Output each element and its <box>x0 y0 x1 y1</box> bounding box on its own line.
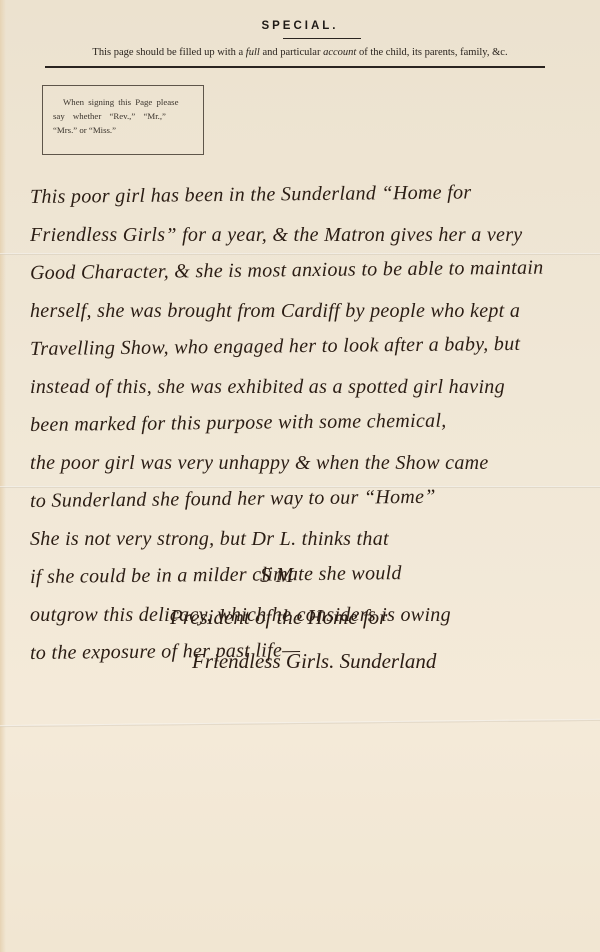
signing-note-line: say whether “Rev.,” “Mr.,” <box>53 109 203 123</box>
fold-line <box>0 719 600 727</box>
signature-initials: S M <box>170 555 590 595</box>
signature-title: President of the Home for <box>170 595 590 639</box>
signing-note-line: “Mrs.” or “Miss.” <box>53 123 203 137</box>
paper-edge <box>0 0 6 952</box>
document-page: SPECIAL. This page should be filled up w… <box>0 0 600 952</box>
signing-note-box: When signing this Page please say whethe… <box>42 85 204 155</box>
page-title: SPECIAL. <box>0 20 600 32</box>
printed-instruction: This page should be filled up with a ful… <box>0 47 600 58</box>
handwritten-line: Good Character, & she is most anxious to… <box>30 248 600 292</box>
instruction-text: This page should be filled up with a <box>92 47 245 58</box>
instruction-emphasis: account <box>323 47 356 58</box>
handwritten-line: to Sunderland she found her way to our “… <box>30 476 600 520</box>
signature-block: S M President of the Home for Friendless… <box>170 555 590 683</box>
instruction-text: of the child, its parents, family, &c. <box>356 47 507 58</box>
instruction-rule <box>45 66 545 68</box>
handwritten-line: This poor girl has been in the Sunderlan… <box>30 172 600 216</box>
instruction-emphasis: full <box>246 47 260 58</box>
signing-note-line: When signing this Page please <box>53 95 203 109</box>
handwritten-line: been marked for this purpose with some c… <box>30 400 600 444</box>
signature-organization: Friendless Girls. Sunderland <box>170 639 590 683</box>
title-underline <box>283 38 361 39</box>
handwritten-line: Travelling Show, who engaged her to look… <box>30 324 600 368</box>
instruction-text: and particular <box>260 47 323 58</box>
